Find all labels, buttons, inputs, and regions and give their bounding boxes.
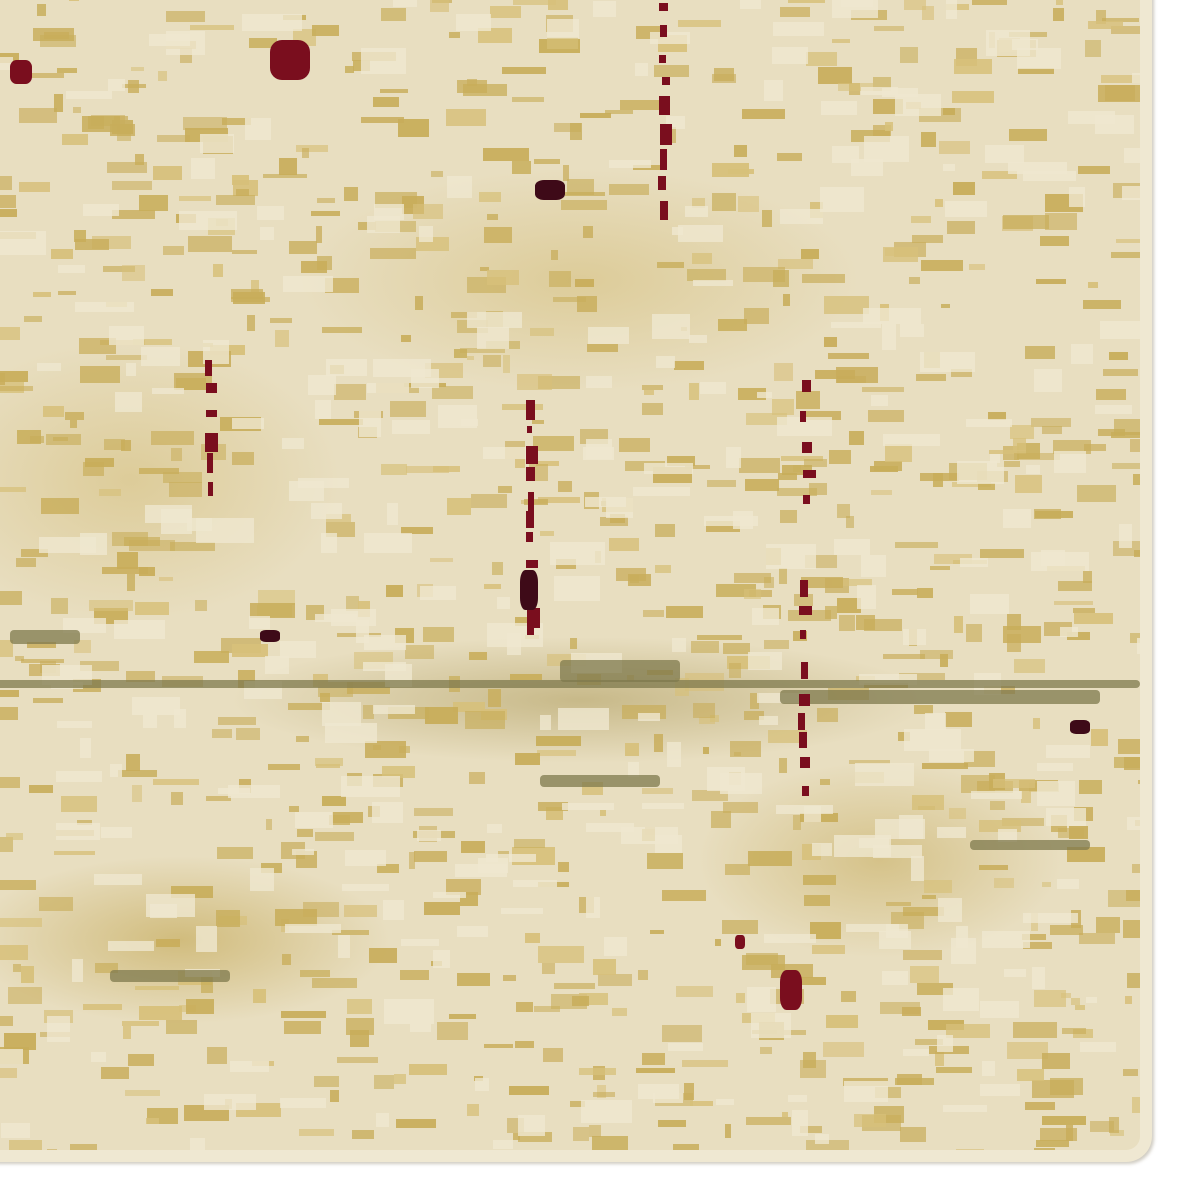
pattern-fleck: [609, 538, 638, 551]
pattern-fleck: [570, 638, 577, 648]
pattern-fleck: [312, 25, 339, 36]
pattern-fleck: [654, 65, 689, 77]
pattern-fleck: [762, 210, 772, 227]
pattern-fleck: [194, 651, 229, 662]
pattern-accent: [527, 628, 534, 636]
pattern-fleck: [1036, 279, 1066, 284]
pattern-accent: [659, 96, 669, 115]
pattern-fleck: [993, 779, 1035, 789]
pattern-fleck: [854, 1114, 885, 1127]
pattern-accent: [660, 124, 672, 145]
pattern-fleck: [543, 1048, 563, 1063]
pattern-fleck: [73, 107, 80, 113]
pattern-highlight: [242, 14, 302, 31]
pattern-fleck: [386, 585, 402, 598]
pattern-highlight: [1037, 763, 1072, 771]
pattern-streak: [560, 660, 680, 682]
pattern-fleck: [467, 1104, 479, 1116]
pattern-highlight: [190, 1138, 205, 1154]
pattern-highlight: [1037, 781, 1076, 806]
pattern-fleck: [525, 933, 540, 943]
pattern-highlight: [433, 892, 465, 898]
pattern-highlight: [752, 608, 779, 624]
pattern-fleck: [19, 182, 51, 192]
pattern-fleck: [1132, 1097, 1152, 1113]
pattern-fleck: [344, 187, 358, 201]
pattern-fleck: [297, 829, 314, 837]
pattern-highlight: [47, 1016, 71, 1041]
pattern-highlight: [751, 1013, 791, 1038]
pattern-fleck: [394, 1074, 406, 1085]
pattern-highlight: [943, 1105, 988, 1112]
pattern-highlight: [903, 629, 926, 644]
pattern-highlight: [1008, 162, 1066, 174]
pattern-accent: [205, 433, 218, 453]
pattern-fleck: [159, 577, 173, 581]
pattern-fleck: [369, 948, 397, 964]
pattern-highlight: [638, 713, 660, 721]
pattern-fleck: [471, 494, 507, 508]
pattern-fleck: [232, 175, 249, 185]
pattern-fleck: [666, 606, 703, 617]
pattern-fleck: [317, 198, 335, 203]
pattern-fleck: [1025, 1102, 1055, 1110]
pattern-fleck: [579, 1068, 616, 1075]
pattern-highlight: [957, 461, 1003, 484]
pattern-fleck: [703, 747, 709, 754]
pattern-fleck: [146, 1118, 159, 1124]
pattern-fleck: [512, 161, 531, 174]
pattern-highlight: [980, 1084, 1020, 1096]
pattern-accent: [800, 580, 808, 597]
pattern-highlight: [871, 395, 888, 406]
pattern-fleck: [619, 438, 649, 452]
pattern-accent: [660, 25, 667, 37]
pattern-fleck: [693, 703, 715, 718]
pattern-highlight: [863, 308, 921, 324]
pattern-fleck: [296, 736, 309, 741]
pattern-spot: [260, 630, 280, 642]
pattern-fleck: [1116, 239, 1147, 243]
pattern-fleck: [941, 304, 951, 309]
pattern-fleck: [334, 384, 366, 400]
pattern-fleck: [674, 361, 704, 371]
pattern-highlight: [635, 63, 648, 76]
pattern-fleck: [1009, 129, 1047, 141]
pattern-fleck: [874, 26, 903, 31]
pattern-fleck: [316, 764, 340, 768]
pattern-highlight: [820, 187, 864, 212]
pattern-fleck: [0, 209, 17, 217]
pattern-fleck: [883, 247, 918, 262]
pattern-highlight: [257, 206, 284, 219]
pattern-highlight: [497, 597, 510, 608]
pattern-highlight: [487, 824, 502, 833]
pattern-highlight: [331, 609, 376, 626]
pattern-fleck: [725, 1124, 731, 1138]
pattern-highlight: [748, 652, 782, 670]
pattern-fleck: [534, 159, 560, 164]
pattern-highlight: [295, 812, 333, 828]
pattern-highlight: [250, 868, 275, 891]
pattern-highlight: [966, 419, 1013, 427]
pattern-fleck: [1079, 780, 1102, 793]
pattern-fleck: [401, 335, 412, 342]
pattern-fleck: [864, 619, 902, 631]
pattern-fleck: [1053, 8, 1064, 21]
pattern-fleck: [425, 707, 458, 723]
pattern-fleck: [218, 717, 256, 725]
pattern-fleck: [490, 6, 521, 18]
pattern-spot: [520, 570, 538, 610]
pattern-fleck: [13, 964, 21, 972]
pattern-highlight: [857, 585, 876, 609]
pattern-fleck: [58, 291, 77, 296]
pattern-fleck: [57, 68, 77, 74]
pattern-fleck: [299, 1129, 334, 1136]
pattern-highlight: [108, 941, 154, 951]
pattern-highlight: [581, 1100, 632, 1123]
pattern-highlight: [146, 894, 195, 917]
pattern-fleck: [1042, 882, 1051, 887]
pattern-fleck: [43, 406, 65, 418]
pattern-highlight: [971, 791, 1022, 799]
pattern-highlight: [586, 439, 612, 459]
pattern-fleck: [1042, 426, 1062, 434]
pattern-highlight: [1046, 745, 1089, 759]
pattern-fleck: [921, 260, 963, 271]
pattern-accent: [206, 410, 216, 417]
pattern-fleck: [347, 999, 372, 1014]
pattern-fleck: [880, 1002, 920, 1013]
pattern-fleck: [236, 189, 249, 196]
pattern-accent: [526, 532, 534, 541]
pattern-fleck: [484, 227, 512, 242]
pattern-highlight: [841, 0, 873, 7]
pattern-highlight: [726, 447, 741, 468]
pattern-fleck: [823, 1042, 864, 1057]
pattern-highlight: [282, 438, 304, 449]
pattern-highlight: [501, 908, 543, 914]
pattern-accent: [662, 77, 670, 85]
pattern-fleck: [302, 148, 309, 158]
pattern-highlight: [621, 827, 678, 843]
pattern-fleck: [268, 764, 300, 770]
pattern-fleck: [352, 1130, 374, 1139]
pattern-highlight: [367, 216, 400, 233]
pattern-fleck: [723, 643, 749, 654]
pattern-fleck: [374, 1075, 394, 1090]
pattern-highlight: [1, 1123, 30, 1138]
pattern-fleck: [561, 200, 607, 210]
pattern-fleck: [780, 7, 811, 17]
pattern-fleck: [567, 179, 594, 195]
pattern-fleck: [461, 841, 485, 853]
pattern-fleck: [0, 880, 36, 890]
pattern-highlight: [757, 392, 772, 399]
pattern-fleck: [151, 289, 173, 295]
pattern-fleck: [809, 483, 826, 495]
pattern-fleck: [424, 902, 460, 915]
pattern-highlight: [311, 503, 343, 519]
pattern-spot: [535, 180, 565, 200]
pattern-highlight: [792, 1110, 809, 1136]
pattern-accent: [660, 149, 667, 171]
pattern-fleck: [728, 169, 754, 174]
pattern-fleck: [1096, 389, 1126, 401]
pattern-highlight: [196, 926, 217, 952]
pattern-fleck: [1112, 463, 1152, 469]
pattern-fleck: [885, 122, 893, 131]
pattern-highlight: [1071, 344, 1092, 364]
pattern-highlight: [420, 586, 456, 601]
pattern-highlight: [66, 91, 112, 99]
pattern-highlight: [483, 447, 526, 459]
pattern-fleck: [502, 404, 543, 410]
pattern-fleck: [575, 279, 595, 287]
pattern-fleck: [101, 1067, 129, 1079]
pattern-highlight: [642, 803, 684, 810]
pattern-highlight: [764, 80, 784, 101]
pattern-fleck: [945, 712, 971, 727]
pattern-fleck: [935, 199, 944, 208]
rug-pattern: [0, 0, 1140, 1150]
pattern-highlight: [970, 594, 1008, 614]
pattern-fleck: [70, 1144, 97, 1158]
pattern-highlight: [759, 716, 778, 725]
pattern-streak: [540, 775, 660, 787]
pattern-fleck: [488, 689, 501, 707]
pattern-fleck: [232, 250, 257, 255]
pattern-fleck: [800, 1060, 826, 1077]
pattern-fleck: [1021, 791, 1030, 803]
pattern-fleck: [682, 1060, 727, 1067]
pattern-highlight: [1026, 465, 1040, 474]
pattern-highlight: [115, 392, 142, 413]
pattern-fleck: [911, 216, 931, 222]
pattern-accent: [803, 470, 816, 477]
pattern-fleck: [744, 589, 762, 599]
pattern-highlight: [457, 926, 487, 936]
pattern-fleck: [1054, 601, 1092, 605]
pattern-highlight: [493, 1140, 513, 1149]
pattern-highlight: [804, 806, 821, 822]
pattern-highlight: [433, 950, 450, 968]
pattern-fleck: [912, 235, 944, 243]
pattern-fleck: [979, 865, 1008, 869]
pattern-fleck: [839, 615, 855, 631]
pattern-highlight: [1004, 969, 1026, 978]
pattern-highlight: [588, 327, 629, 344]
pattern-fleck: [947, 221, 976, 235]
pattern-highlight: [373, 359, 431, 377]
pattern-highlight: [109, 326, 144, 345]
pattern-fleck: [296, 145, 329, 152]
pattern-fleck: [1096, 917, 1119, 933]
pattern-fleck: [365, 741, 406, 758]
pattern-fleck: [337, 1057, 378, 1063]
pattern-fleck: [99, 489, 120, 496]
pattern-highlight: [477, 327, 509, 349]
pattern-highlight: [593, 1, 616, 17]
pattern-fleck: [396, 1119, 436, 1129]
pattern-fleck: [1091, 729, 1108, 746]
pattern-highlight: [308, 375, 336, 395]
pattern-accent: [526, 467, 535, 481]
pattern-fleck: [216, 195, 255, 204]
pattern-fleck: [1010, 425, 1034, 439]
pattern-fleck: [745, 479, 779, 491]
pattern-highlight: [1069, 187, 1085, 207]
pattern-highlight: [108, 79, 125, 91]
pattern-highlight: [152, 388, 184, 394]
pattern-highlight: [689, 335, 707, 344]
pattern-fleck: [1126, 890, 1144, 900]
pattern-fleck: [1125, 996, 1132, 1004]
pattern-fleck: [871, 490, 892, 496]
pattern-fleck: [312, 978, 357, 988]
pattern-highlight: [94, 874, 143, 885]
pattern-fleck: [642, 1053, 666, 1065]
pattern-fleck: [483, 148, 529, 161]
pattern-highlight: [554, 576, 601, 601]
pattern-fleck: [33, 698, 63, 703]
pattern-fleck: [1123, 920, 1152, 938]
pattern-fleck: [1025, 346, 1056, 359]
pattern-fleck: [344, 905, 377, 917]
pattern-fleck: [284, 1021, 321, 1033]
pattern-fleck: [818, 67, 853, 84]
pattern-accent: [802, 786, 810, 796]
pattern-fleck: [1088, 21, 1122, 30]
pattern-fleck: [954, 616, 962, 633]
pattern-highlight: [101, 827, 133, 838]
pattern-fleck: [236, 728, 260, 740]
pattern-fleck: [972, 0, 1007, 5]
pattern-fleck: [725, 864, 750, 875]
pattern-highlight: [1068, 111, 1115, 124]
pattern-fleck: [19, 108, 57, 123]
pattern-fleck: [886, 902, 912, 907]
pattern-fleck: [684, 1083, 693, 1100]
pattern-fleck: [85, 458, 113, 467]
pattern-highlight: [586, 897, 599, 918]
pattern-accent: [799, 606, 812, 615]
pattern-fleck: [40, 35, 76, 47]
pattern-spot: [780, 970, 802, 1010]
pattern-fleck: [820, 779, 829, 785]
pattern-highlight: [110, 764, 122, 777]
pattern-highlight: [925, 713, 945, 730]
pattern-fleck: [673, 1144, 699, 1160]
pattern-fleck: [1138, 780, 1152, 784]
pattern-fleck: [953, 182, 974, 196]
pattern-accent: [205, 360, 212, 376]
pattern-highlight: [345, 850, 386, 865]
pattern-fleck: [924, 880, 951, 892]
pattern-highlight: [419, 226, 433, 242]
pattern-fleck: [479, 192, 501, 202]
pattern-fleck: [373, 97, 399, 107]
pattern-fleck: [135, 602, 168, 616]
pattern-highlight: [982, 931, 1030, 948]
pattern-fleck: [662, 1025, 702, 1042]
pattern-fleck: [554, 983, 595, 989]
pattern-highlight: [547, 19, 579, 38]
pattern-fleck: [1033, 718, 1040, 728]
pattern-highlight: [764, 934, 815, 943]
pattern-highlight: [883, 434, 940, 446]
pattern-highlight: [861, 555, 885, 577]
pattern-fleck: [1017, 1069, 1044, 1081]
pattern-fleck: [643, 610, 664, 617]
pattern-highlight: [179, 211, 237, 230]
pattern-highlight: [1119, 524, 1132, 549]
pattern-fleck: [131, 67, 145, 71]
pattern-highlight: [387, 503, 398, 526]
pattern-fleck: [69, 0, 80, 1]
pattern-fleck: [123, 1026, 131, 1039]
pattern-fleck: [9, 1140, 42, 1152]
pattern-highlight: [667, 742, 680, 767]
pattern-highlight: [283, 276, 333, 292]
pattern-fleck: [734, 752, 741, 757]
pattern-fleck: [233, 292, 264, 304]
pattern-highlight: [513, 880, 557, 887]
pattern-fleck: [1079, 933, 1116, 943]
pattern-fleck: [551, 250, 558, 260]
pattern-highlight: [0, 231, 46, 255]
pattern-accent: [207, 453, 213, 472]
pattern-fleck: [868, 410, 904, 422]
pattern-fleck: [572, 996, 589, 1006]
pattern-highlight: [1023, 913, 1078, 923]
pattern-highlight: [882, 324, 896, 350]
pattern-fleck: [936, 1067, 972, 1073]
pattern-fleck: [433, 466, 460, 471]
pattern-fleck: [817, 708, 838, 721]
pattern-highlight: [1080, 1042, 1116, 1051]
pattern-highlight: [716, 1099, 735, 1105]
pattern-highlight: [232, 418, 264, 429]
pattern-highlight: [1086, 997, 1097, 1003]
pattern-highlight: [943, 988, 979, 1011]
pattern-fleck: [216, 910, 239, 926]
pattern-fleck: [593, 959, 616, 975]
pattern-fleck: [128, 80, 139, 93]
pattern-fleck: [467, 356, 473, 360]
pattern-highlight: [218, 788, 250, 794]
pattern-fleck: [739, 458, 781, 474]
pattern-fleck: [0, 1068, 17, 1078]
pattern-fleck: [1088, 282, 1098, 288]
pattern-fleck: [542, 963, 554, 974]
pattern-highlight: [937, 827, 966, 838]
pattern-fleck: [423, 627, 454, 642]
pattern-highlight: [604, 937, 627, 956]
pattern-fleck: [922, 763, 968, 769]
pattern-fleck: [381, 464, 407, 475]
pattern-fleck: [217, 847, 253, 860]
pattern-accent: [660, 201, 668, 220]
pattern-fleck: [0, 945, 28, 960]
pattern-fleck: [409, 1064, 447, 1075]
pattern-highlight: [1032, 967, 1045, 989]
pattern-fleck: [1123, 1069, 1138, 1075]
pattern-fleck: [783, 294, 790, 306]
pattern-fleck: [54, 94, 62, 112]
pattern-fleck: [515, 1041, 534, 1047]
